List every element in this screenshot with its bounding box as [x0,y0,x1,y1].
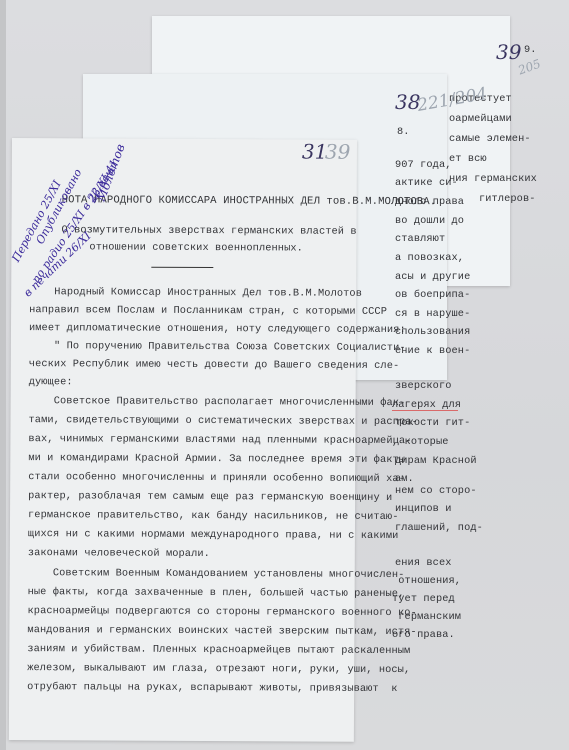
text-line: гитлеров- [479,193,536,205]
text-line: тами, свидетельствующими о систематическ… [28,414,417,428]
text-line: красноармейцы подвергаются со стороны ге… [27,605,416,619]
text-line: асы и другие [395,271,470,283]
pencil-number: 39 [325,140,351,164]
archive-number-handwritten: 39 [496,40,521,64]
text-line: ставляют [395,233,445,245]
text-line: а повозках, [395,252,464,264]
text-line: ения всех [395,557,452,569]
text-line: мандования и германских воинских частей … [27,624,416,638]
text-line: стали особенно многочисленны и приняли о… [28,471,405,485]
text-line: 907 года, [395,159,452,171]
document-subtitle-line-1: О возмутительных зверствах германских вл… [61,224,356,238]
text-line: направил всем Послам и Посланникам стран… [29,304,387,318]
text-line: законами человеческой морали. [28,547,210,560]
text-line: ческих Республик имею честь довести до В… [29,358,400,372]
text-line: железом, выкалывают им глаза, отрезают н… [27,662,410,676]
text-line: нем со сторо- [395,485,477,497]
text-line: ет всю [449,153,487,165]
text-line: инципов и [395,503,452,515]
background-edge [0,0,6,750]
text-line: " По поручению Правительства Союза Совет… [29,340,406,354]
text-line: во дошли до [395,215,464,227]
title-divider [151,267,213,268]
text-line: имеет дипломатические отношения, ноту сл… [29,322,406,336]
text-line: германское правительство, как банду наси… [28,509,399,523]
page-number: 8. [397,126,410,138]
archive-number-handwritten: 31 [302,140,328,164]
text-line: Советское Правительство располагает мног… [29,395,406,409]
page-number: 9. [524,44,537,56]
red-underline [392,410,458,411]
text-line: рактер, разоблачая тем самым еще раз гер… [28,490,392,504]
text-line: ния германских [449,173,537,185]
text-line: оармейцами [449,113,512,125]
text-line: ные факты, когда захваченные в плен, бол… [28,586,405,600]
text-line: глашений, под- [395,522,483,534]
text-line: ение к воен- [395,345,470,357]
document-title: НОТА НАРОДНОГО КОМИССАРА ИНОСТРАННЫХ ДЕЛ… [62,194,437,208]
text-line: ся в наруше- [395,308,470,320]
text-line: спользования [395,326,470,338]
text-line: зверского [395,380,452,392]
text-line: ми и командирами Красной Армии. За после… [28,452,405,466]
text-line: щихся ни с какими нормами международного… [28,528,399,542]
document-subtitle-line-2: отношении советских военнопленных. [89,241,303,254]
text-line: вах, чинимых германскими властями над пл… [28,433,411,447]
text-line: актике си- [395,177,458,189]
text-line: Народный Комиссар Иностранных Дел тов.В.… [29,286,362,300]
text-line: дующее: [29,376,73,388]
document-page-front: 31 39 НОТА НАРОДНОГО КОМИССАРА ИНОСТРАНН… [9,138,357,742]
text-line: ов боеприпа- [395,289,470,301]
text-line: Советским Военным Командованием установл… [28,567,405,581]
text-line: отрубают пальцы на руках, вспарывают жив… [27,681,398,695]
text-line: заниям и убийствам. Пленных красноармейц… [27,643,410,657]
text-line: самые элемен- [449,133,531,145]
text-line: дирам Красной [395,455,477,467]
